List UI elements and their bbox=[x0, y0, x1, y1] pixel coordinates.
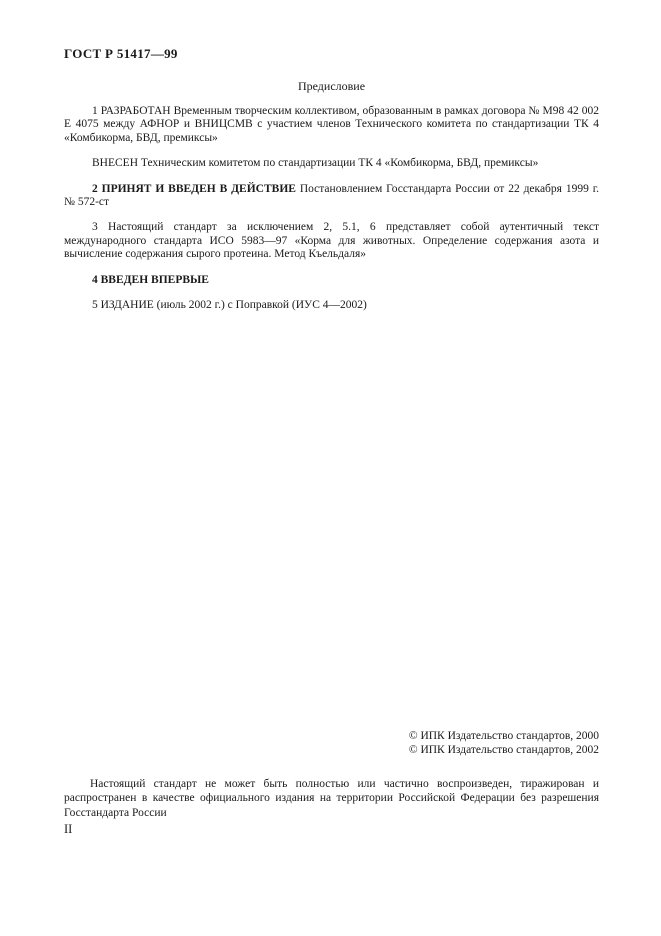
document-page: ГОСТ Р 51417—99 Предисловие 1 РАЗРАБОТАН… bbox=[0, 0, 661, 936]
preface-item-vnesen-keyword: ВНЕСЕН bbox=[92, 157, 138, 169]
preface-item-5-text: 5 ИЗДАНИЕ (июль 2002 г.) с Поправкой (ИУ… bbox=[92, 299, 367, 311]
preface-item-1: 1 РАЗРАБОТАН Временным творческим коллек… bbox=[64, 105, 599, 145]
copyright-line-2002: © ИПК Издательство стандартов, 2002 bbox=[409, 744, 599, 758]
preface-item-4-keyword: 4 ВВЕДЕН ВПЕРВЫЕ bbox=[92, 274, 209, 286]
preface-item-2: 2 ПРИНЯТ И ВВЕДЕН В ДЕЙСТВИЕ Постановлен… bbox=[64, 183, 599, 210]
reproduction-restriction-notice: Настоящий стандарт не может быть полност… bbox=[64, 777, 599, 822]
preface-item-1-keyword: 1 РАЗРАБОТАН bbox=[92, 105, 171, 117]
preface-item-3: 3 Настоящий стандарт за исключением 2, 5… bbox=[64, 221, 599, 261]
preface-item-2-keyword: 2 ПРИНЯТ И ВВЕДЕН В ДЕЙСТВИЕ bbox=[92, 183, 296, 195]
page-number: II bbox=[64, 822, 72, 837]
copyright-block: © ИПК Издательство стандартов, 2000 © ИП… bbox=[409, 730, 599, 757]
copyright-line-2000: © ИПК Издательство стандартов, 2000 bbox=[409, 730, 599, 744]
doc-number: ГОСТ Р 51417—99 bbox=[64, 46, 178, 62]
preface-item-5: 5 ИЗДАНИЕ (июль 2002 г.) с Поправкой (ИУ… bbox=[64, 299, 599, 312]
preface-item-vnesen-text: Техническим комитетом по стандартизации … bbox=[138, 157, 538, 169]
preface-item-vnesen: ВНЕСЕН Техническим комитетом по стандарт… bbox=[64, 157, 599, 170]
preface-section: Предисловие 1 РАЗРАБОТАН Временным творч… bbox=[64, 79, 599, 312]
section-title: Предисловие bbox=[64, 79, 599, 93]
preface-item-4: 4 ВВЕДЕН ВПЕРВЫЕ bbox=[64, 274, 599, 287]
preface-item-3-text: 3 Настоящий стандарт за исключением 2, 5… bbox=[64, 221, 599, 260]
